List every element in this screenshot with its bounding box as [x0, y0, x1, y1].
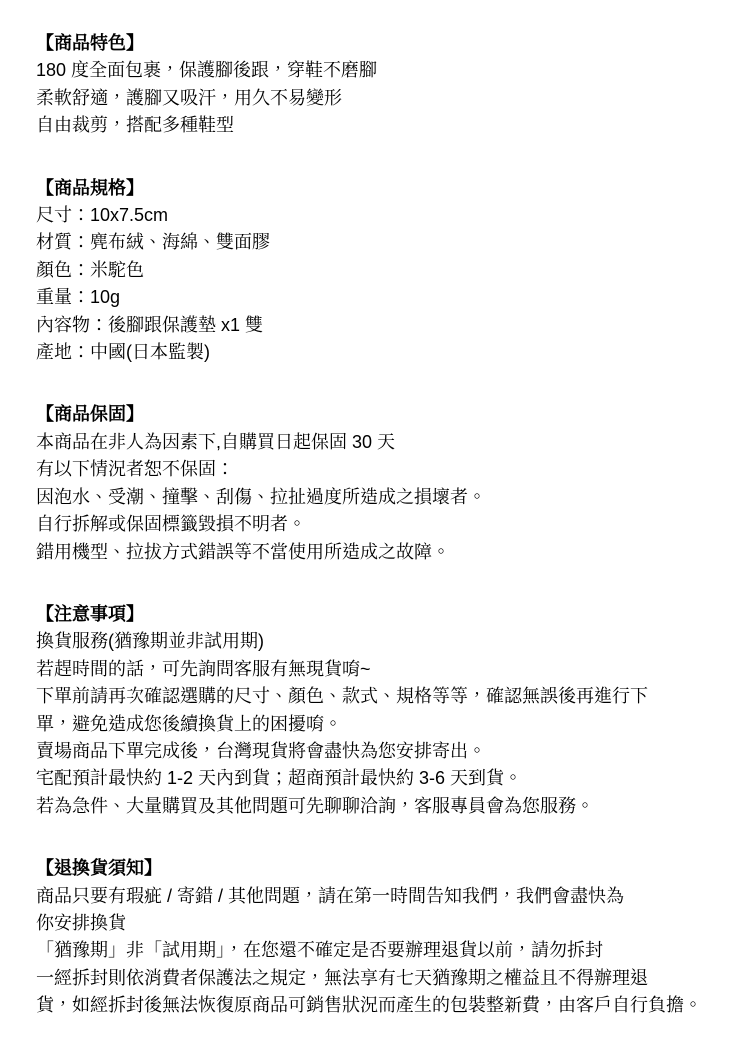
description-line: 一經拆封則依消費者保護法之規定，無法享有七天猶豫期之權益且不得辦理退 [36, 965, 722, 992]
description-line: 單，避免造成您後續換貨上的困擾唷。 [36, 711, 722, 738]
section-product-warranty: 【商品保固】 本商品在非人為因素下,自購買日起保固 30 天 有以下情況者恕不保… [36, 401, 722, 565]
spec-line-color: 顏色：米駝色 [36, 257, 722, 284]
description-line: 180 度全面包裹，保護腳後跟，穿鞋不磨腳 [36, 57, 722, 84]
section-title: 【商品規格】 [36, 175, 722, 202]
section-return-policy: 【退換貨須知】 商品只要有瑕疵 / 寄錯 / 其他問題，請在第一時間告知我們，我… [36, 855, 722, 1019]
description-line: 換貨服務(猶豫期並非試用期) [36, 628, 722, 655]
description-line: 自由裁剪，搭配多種鞋型 [36, 112, 722, 139]
section-title: 【商品保固】 [36, 401, 722, 428]
description-line: 下單前請再次確認選購的尺寸、顏色、款式、規格等等，確認無誤後再進行下 [36, 683, 722, 710]
description-line: 你安排換貨 [36, 910, 722, 937]
section-notes: 【注意事項】 換貨服務(猶豫期並非試用期) 若趕時間的話，可先詢問客服有無現貨唷… [36, 601, 722, 820]
description-line: 若為急件、大量購買及其他問題可先聊聊洽詢，客服專員會為您服務。 [36, 793, 722, 820]
description-line: 「猶豫期」非「試用期」，在您還不確定是否要辦理退貨以前，請勿拆封 [36, 937, 722, 964]
description-line: 賣場商品下單完成後，台灣現貨將會盡快為您安排寄出。 [36, 738, 722, 765]
spec-line-size: 尺寸：10x7.5cm [36, 202, 722, 229]
description-line: 宅配預計最快約 1-2 天內到貨；超商預計最快約 3-6 天到貨。 [36, 765, 722, 792]
spec-line-origin: 產地：中國(日本監製) [36, 339, 722, 366]
section-title: 【商品特色】 [36, 30, 722, 57]
description-line: 商品只要有瑕疵 / 寄錯 / 其他問題，請在第一時間告知我們，我們會盡快為 [36, 883, 722, 910]
product-description: 【商品特色】 180 度全面包裹，保護腳後跟，穿鞋不磨腳 柔軟舒適，護腳又吸汗，… [0, 0, 750, 1055]
section-product-specs: 【商品規格】 尺寸：10x7.5cm 材質：麂布絨、海綿、雙面膠 顏色：米駝色 … [36, 175, 722, 367]
section-title: 【退換貨須知】 [36, 855, 722, 882]
section-title: 【注意事項】 [36, 601, 722, 628]
section-product-features: 【商品特色】 180 度全面包裹，保護腳後跟，穿鞋不磨腳 柔軟舒適，護腳又吸汗，… [36, 30, 722, 140]
description-line: 若趕時間的話，可先詢問客服有無現貨唷~ [36, 656, 722, 683]
description-line: 自行拆解或保固標籤毀損不明者。 [36, 511, 722, 538]
description-line: 有以下情況者恕不保固： [36, 456, 722, 483]
description-line: 本商品在非人為因素下,自購買日起保固 30 天 [36, 429, 722, 456]
description-line: 因泡水、受潮、撞擊、刮傷、拉扯過度所造成之損壞者。 [36, 484, 722, 511]
spec-line-contents: 內容物：後腳跟保護墊 x1 雙 [36, 312, 722, 339]
spec-line-material: 材質：麂布絨、海綿、雙面膠 [36, 229, 722, 256]
description-line: 貨，如經拆封後無法恢復原商品可銷售狀況而產生的包裝整新費，由客戶自行負擔。 [36, 992, 722, 1019]
description-line: 錯用機型、拉拔方式錯誤等不當使用所造成之故障。 [36, 539, 722, 566]
description-line: 柔軟舒適，護腳又吸汗，用久不易變形 [36, 85, 722, 112]
spec-line-weight: 重量：10g [36, 284, 722, 311]
